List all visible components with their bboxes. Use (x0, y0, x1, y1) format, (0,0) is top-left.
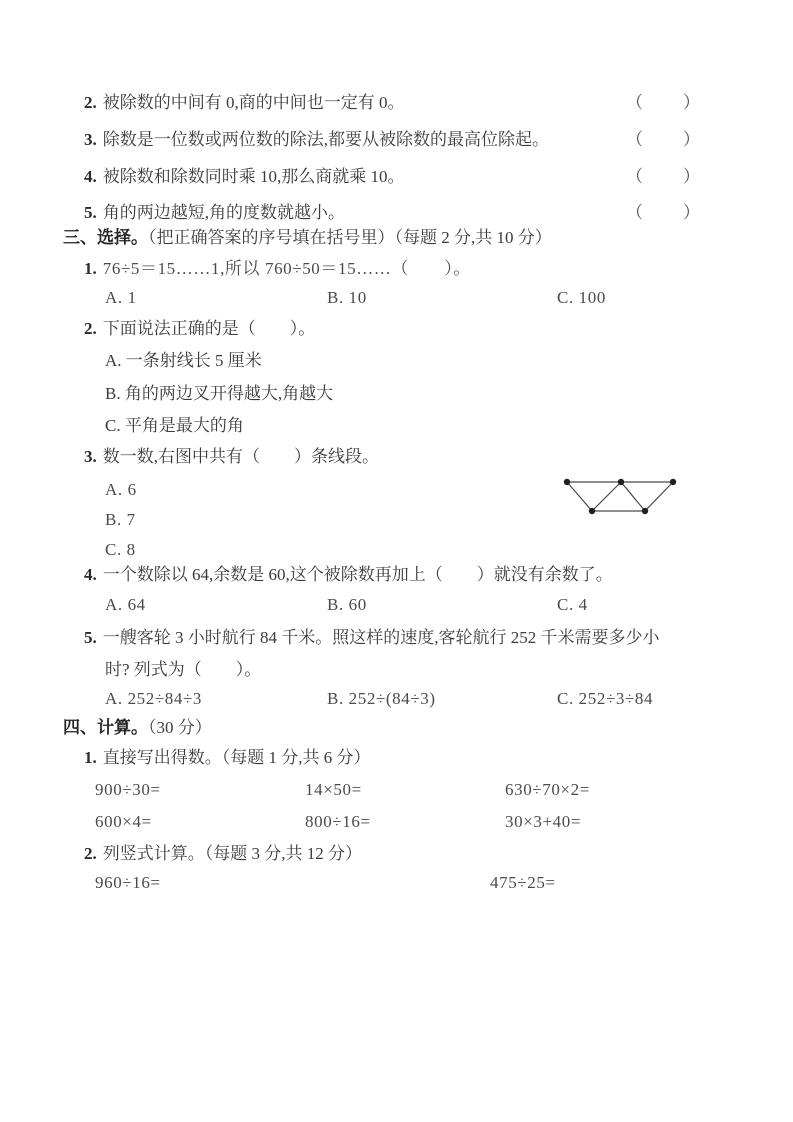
section-subtitle: （30 分） (148, 718, 212, 737)
question-number: 1. (84, 748, 97, 767)
line-segment-diagram-svg (555, 468, 685, 522)
question-number: 3. (84, 447, 97, 466)
option-b: B. 角的两边叉开得越大,角越大 (105, 383, 333, 405)
section-header-calculation: 四、计算。（30 分） (63, 717, 212, 739)
calc-sub2-header: 2.列竖式计算。（每题 3 分,共 12 分） (84, 843, 362, 865)
expression: 900÷30= (95, 779, 161, 801)
question-text: 除数是一位数或两位数的除法,都要从被除数的最高位除起。 (103, 130, 549, 149)
answer-bracket: （ ） (626, 202, 702, 224)
question-text: 数一数,右图中共有（ ）条线段。 (103, 447, 379, 466)
mc-question-5: 5.一艘客轮 3 小时航行 84 千米。照这样的速度,客轮航行 252 千米需要… (84, 627, 660, 649)
mc-question-3: 3.数一数,右图中共有（ ）条线段。 (84, 446, 379, 468)
truefalse-item: 4.被除数和除数同时乘 10,那么商就乘 10。 (84, 166, 405, 188)
question-text: 直接写出得数。（每题 1 分,共 6 分） (103, 748, 371, 767)
question-text: 被除数和除数同时乘 10,那么商就乘 10。 (103, 167, 405, 186)
question-text: 被除数的中间有 0,商的中间也一定有 0。 (103, 93, 405, 112)
question-number: 4. (84, 565, 97, 584)
option-a: A. 64 (105, 594, 146, 616)
mc-question-2: 2.下面说法正确的是（ ）。 (84, 318, 315, 340)
section-title: 四、计算。 (63, 718, 148, 737)
question-text-line1: 一艘客轮 3 小时航行 84 千米。照这样的速度,客轮航行 252 千米需要多少… (103, 628, 660, 647)
option-c: C. 4 (557, 594, 588, 616)
option-a: A. 6 (105, 479, 137, 501)
question-number: 5. (84, 628, 97, 647)
expression: 475÷25= (490, 872, 556, 894)
expression: 600×4= (95, 811, 152, 833)
truefalse-item: 5.角的两边越短,角的度数就越小。 (84, 202, 345, 224)
expression: 630÷70×2= (505, 779, 590, 801)
expression: 800÷16= (305, 811, 371, 833)
question-number: 3. (84, 130, 97, 149)
question-text: 下面说法正确的是（ ）。 (103, 319, 316, 338)
section-title: 三、选择。 (63, 228, 148, 247)
question-number: 2. (84, 319, 97, 338)
question-number: 2. (84, 93, 97, 112)
expression: 14×50= (305, 779, 362, 801)
answer-bracket: （ ） (626, 129, 702, 151)
question-text: 角的两边越短,角的度数就越小。 (103, 203, 345, 222)
worksheet-page: 2.被除数的中间有 0,商的中间也一定有 0。 （ ） 3.除数是一位数或两位数… (0, 0, 793, 1122)
calc-sub1-header: 1.直接写出得数。（每题 1 分,共 6 分） (84, 747, 371, 769)
option-c: C. 252÷3÷84 (557, 688, 653, 710)
question-number: 5. (84, 203, 97, 222)
question-number: 2. (84, 844, 97, 863)
question-number: 1. (84, 259, 97, 278)
option-b: B. 10 (327, 287, 367, 309)
option-c: C. 8 (105, 539, 136, 561)
option-a: A. 1 (105, 287, 137, 309)
question-text: 一个数除以 64,余数是 60,这个被除数再加上（ ）就没有余数了。 (103, 565, 613, 584)
option-c: C. 100 (557, 287, 606, 309)
question-text: 76÷5＝15……1,所以 760÷50＝15……（ ）。 (103, 259, 471, 278)
option-a: A. 252÷84÷3 (105, 688, 202, 710)
option-b: B. 252÷(84÷3) (327, 688, 436, 710)
answer-bracket: （ ） (626, 92, 702, 114)
mc-question-1: 1.76÷5＝15……1,所以 760÷50＝15……（ ）。 (84, 258, 471, 280)
option-b: B. 7 (105, 509, 136, 531)
answer-bracket: （ ） (626, 166, 702, 188)
option-a: A. 一条射线长 5 厘米 (105, 350, 262, 372)
expression: 960÷16= (95, 872, 161, 894)
question-text-line2: 时? 列式为（ ）。 (105, 659, 261, 681)
mc-question-4: 4.一个数除以 64,余数是 60,这个被除数再加上（ ）就没有余数了。 (84, 564, 613, 586)
section-subtitle: （把正确答案的序号填在括号里）（每题 2 分,共 10 分） (148, 228, 552, 247)
truefalse-item: 3.除数是一位数或两位数的除法,都要从被除数的最高位除起。 (84, 129, 549, 151)
option-c: C. 平角是最大的角 (105, 415, 244, 437)
truefalse-item: 2.被除数的中间有 0,商的中间也一定有 0。 (84, 92, 405, 114)
section-header-choice: 三、选择。（把正确答案的序号填在括号里）（每题 2 分,共 10 分） (63, 227, 552, 249)
expression: 30×3+40= (505, 811, 581, 833)
question-text: 列竖式计算。（每题 3 分,共 12 分） (103, 844, 362, 863)
question-number: 4. (84, 167, 97, 186)
option-b: B. 60 (327, 594, 367, 616)
line-segment-diagram (555, 468, 685, 527)
